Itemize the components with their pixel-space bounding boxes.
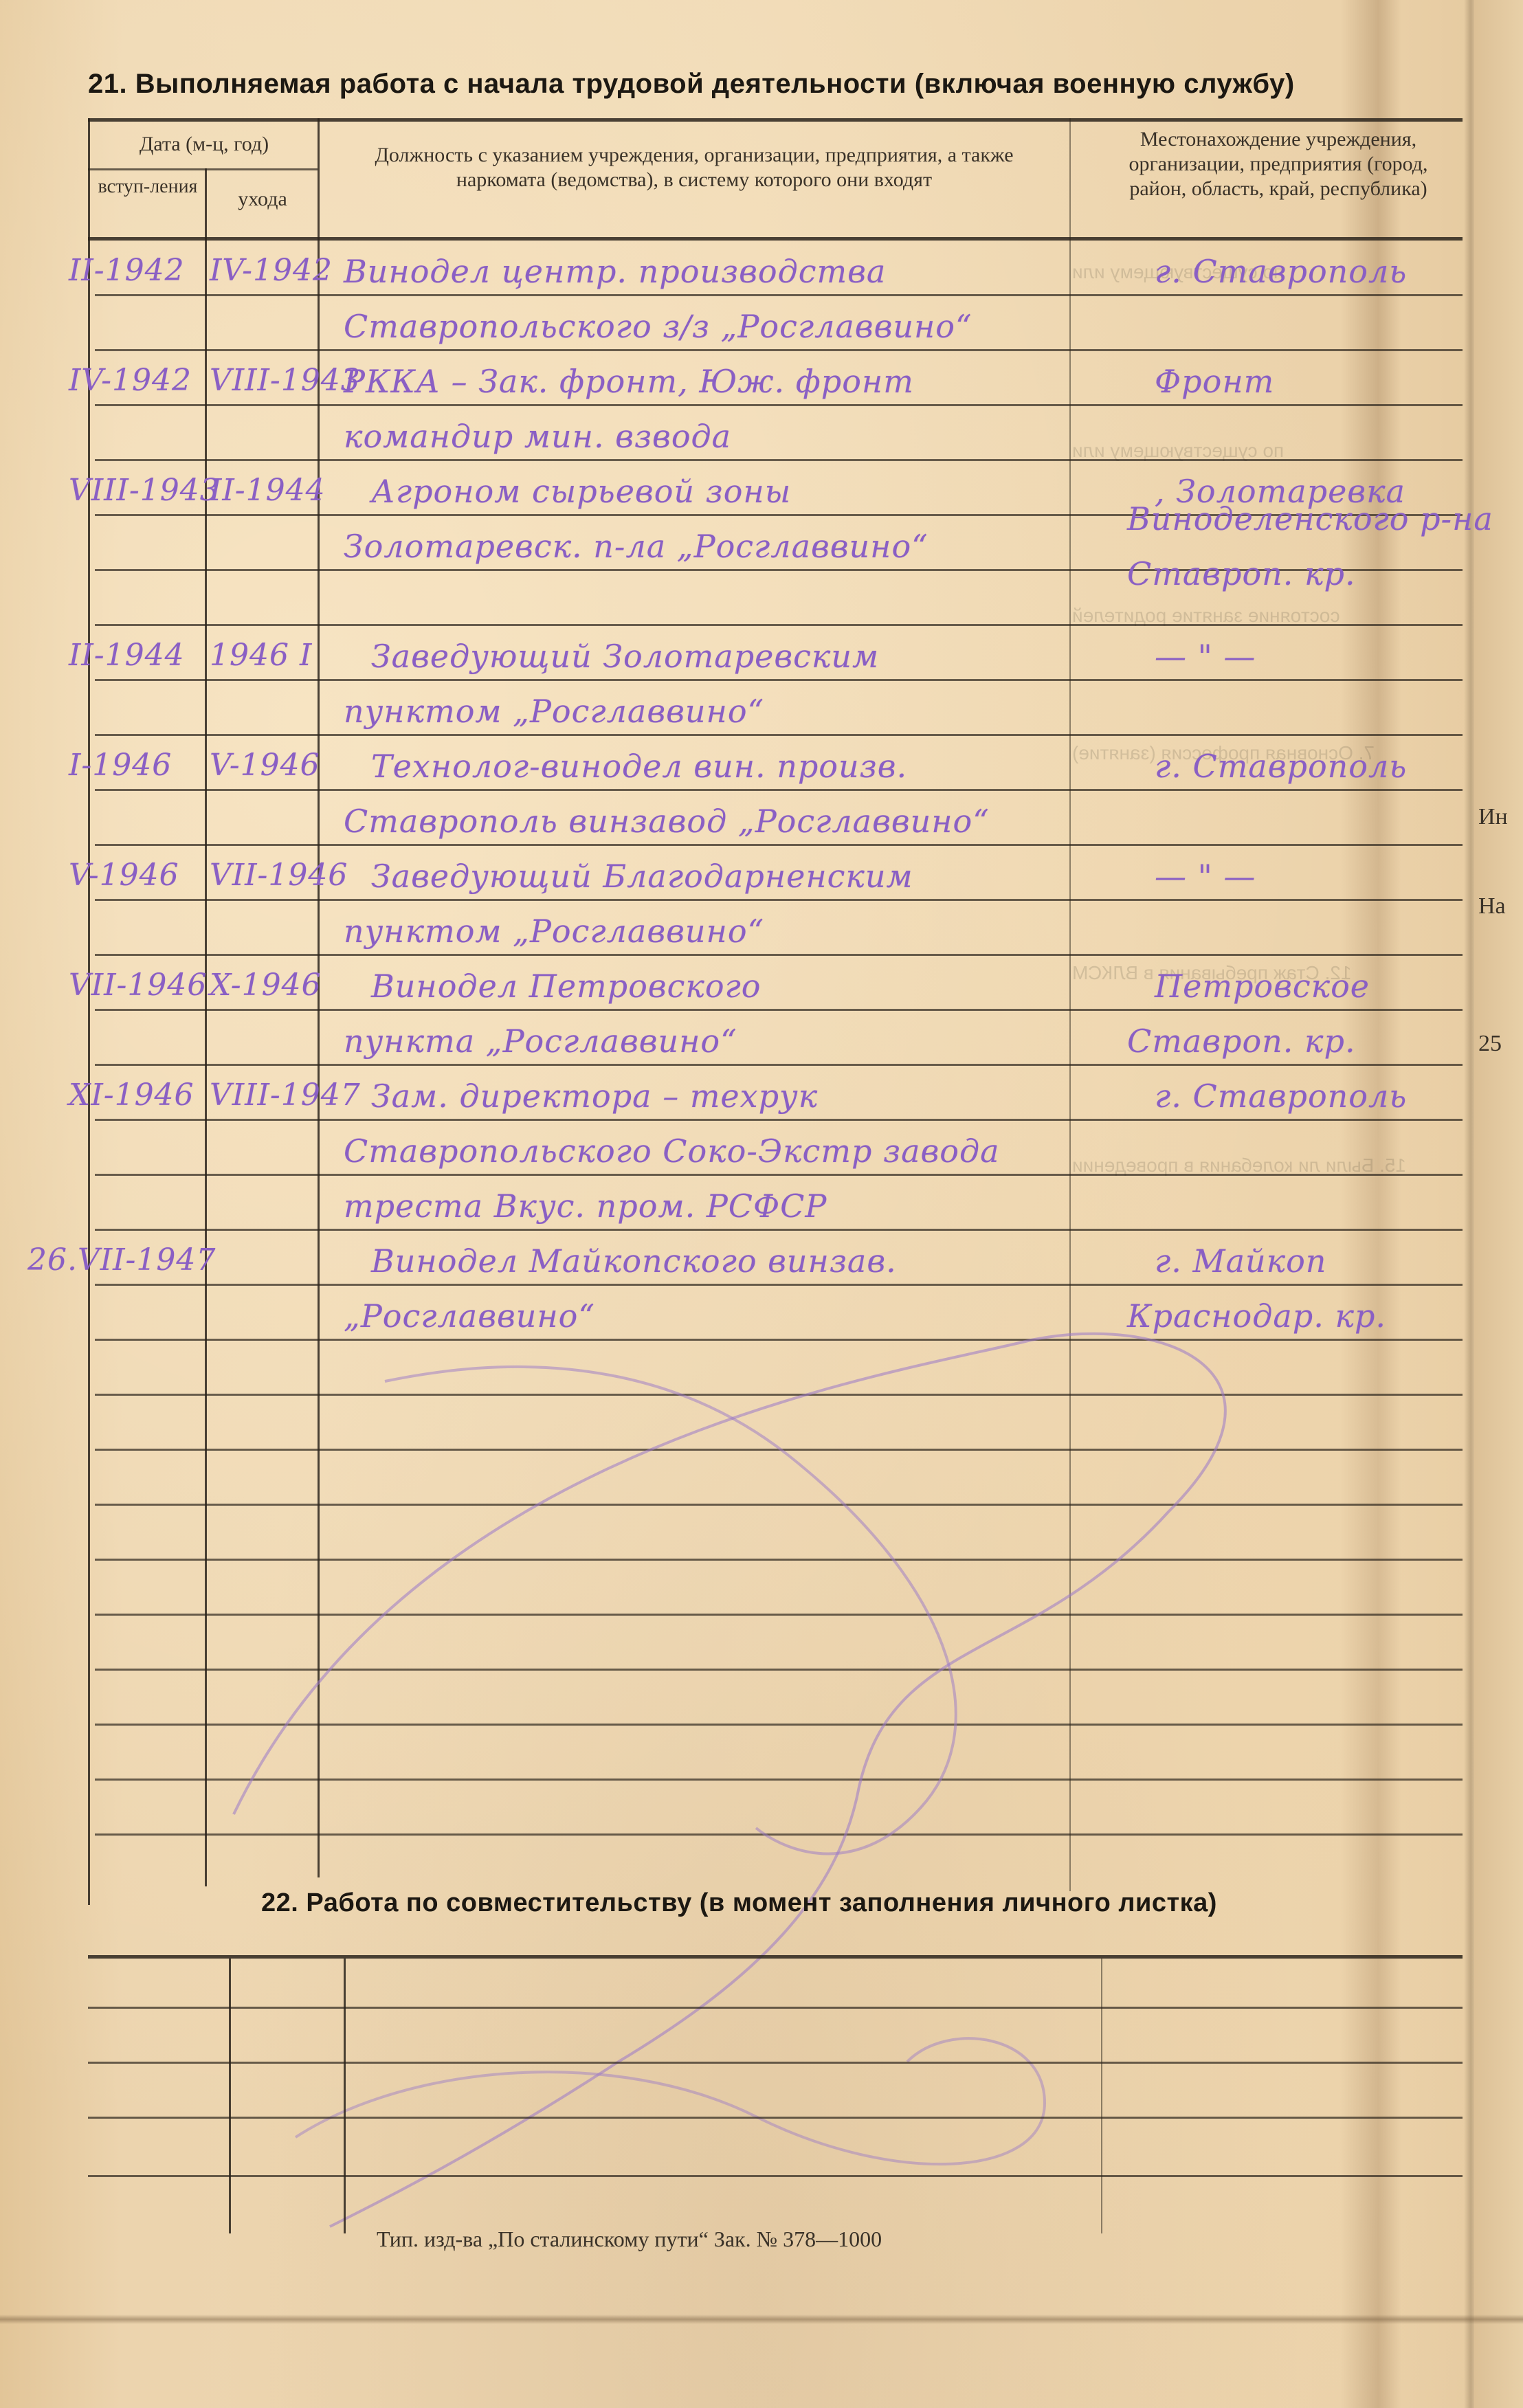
section-22-row-line xyxy=(88,2117,1463,2119)
column-divider xyxy=(344,1959,346,2233)
printer-imprint: Тип. изд-ва „По сталинскому пути“ Зак. №… xyxy=(377,2227,882,2252)
section-22-row-line xyxy=(88,2062,1463,2064)
section-22-row-line xyxy=(88,2007,1463,2009)
section-22-title: 22. Работа по совместительству (в момент… xyxy=(261,1888,1217,1918)
column-divider xyxy=(1101,1959,1102,2233)
section-22-top-border xyxy=(88,1955,1463,1959)
document-page: Ин На 25 по существующему или по существ… xyxy=(0,0,1523,2408)
section-22-row-line xyxy=(88,2175,1463,2177)
column-divider xyxy=(229,1959,231,2233)
